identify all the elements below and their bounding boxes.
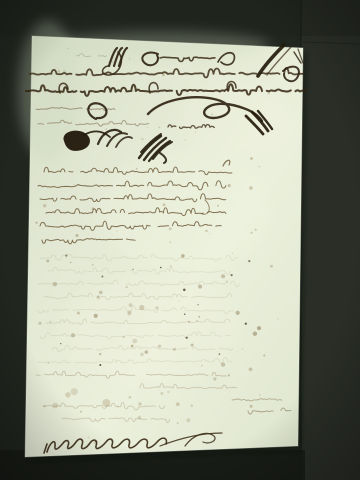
manuscript-photo [0,0,360,480]
vignette-overlay [0,0,360,480]
photo-background [0,0,360,480]
